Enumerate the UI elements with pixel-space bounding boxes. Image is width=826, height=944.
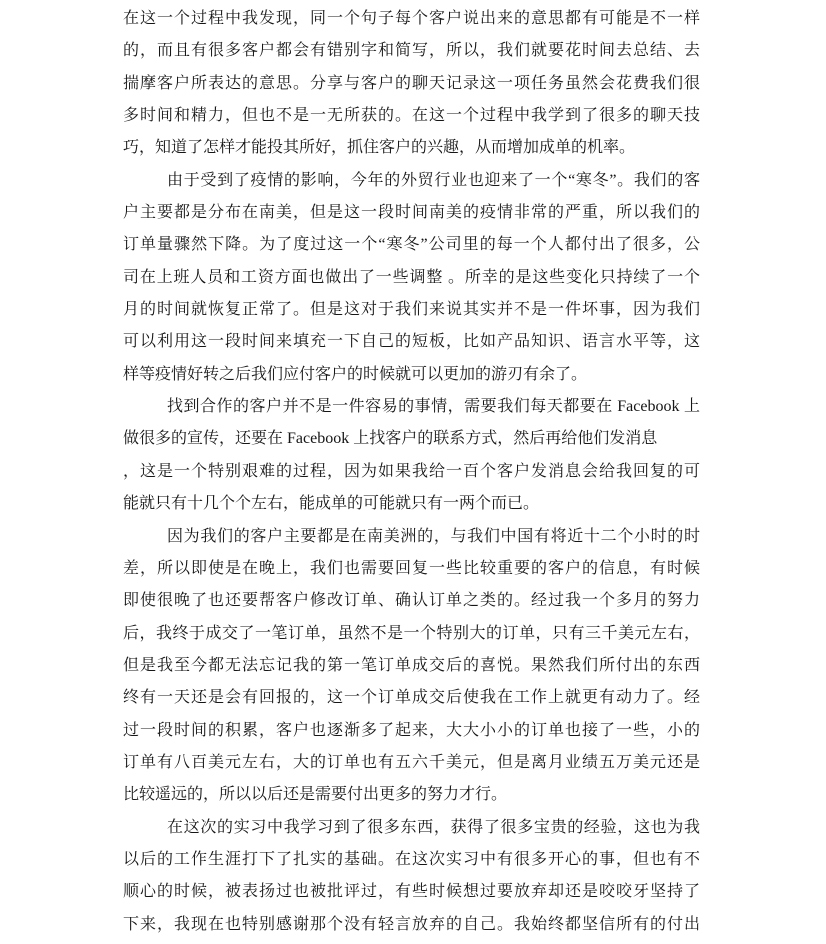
document-page: 在这一个过程中我发现，同一个句子每个客户说出来的意思都有可能是不一样 的，而且有… — [0, 0, 826, 944]
text-line: 由于受到了疫情的影响，今年的外贸行业也迎来了一个“寒冬”。我们的客 — [123, 165, 700, 197]
text-line: 订单量骤然下降。为了度过这一个“寒冬”公司里的每一个人都付出了很多，公 — [123, 229, 700, 261]
text-line: 过一段时间的积累，客户也逐渐多了起来，大大小小的订单也接了一些，小的 — [123, 715, 700, 747]
text-line: 样等疫情好转之后我们应付客户的时候就可以更加的游刃有余了。 — [123, 359, 700, 391]
text-line: 后，我终于成交了一笔订单，虽然不是一个特别大的订单，只有三千美元左右， — [123, 618, 700, 650]
text-line: 因为我们的客户主要都是在南美洲的，与我们中国有将近十二个小时的时 — [123, 521, 700, 553]
text-line: 做很多的宣传，还要在 Facebook 上找客户的联系方式，然后再给他们发消息 — [123, 423, 700, 455]
text-line: 多时间和精力，但也不是一无所获的。在这一个过程中我学到了很多的聊天技 — [123, 100, 700, 132]
text-line: 在这次的实习中我学习到了很多东西，获得了很多宝贵的经验，这也为我 — [123, 812, 700, 844]
text-line: 比较遥远的，所以以后还是需要付出更多的努力才行。 — [123, 779, 700, 811]
text-line: 的，而且有很多客户都会有错别字和简写，所以，我们就要花时间去总结、去 — [123, 35, 700, 67]
text-line: 下来，我现在也特别感谢那个没有轻言放弃的自己。我始终都坚信所有的付出 — [123, 909, 700, 941]
text-line: 顺心的时候，被表扬过也被批评过，有些时候想过要放弃却还是咬咬牙坚持了 — [123, 876, 700, 908]
essay-text-block: 在这一个过程中我发现，同一个句子每个客户说出来的意思都有可能是不一样 的，而且有… — [123, 3, 700, 941]
text-line: 能就只有十几个个左右，能成单的可能就只有一两个而已。 — [123, 488, 700, 520]
text-line: 司在上班人员和工资方面也做出了一些调整 。所幸的是这些变化只持续了一个 — [123, 262, 700, 294]
text-line: 户主要都是分布在南美，但是这一段时间南美的疫情非常的严重，所以我们的 — [123, 197, 700, 229]
text-line: ，这是一个特别艰难的过程，因为如果我给一百个客户发消息会给我回复的可 — [123, 456, 700, 488]
text-line: 差，所以即使是在晚上，我们也需要回复一些比较重要的客户的信息，有时候 — [123, 553, 700, 585]
text-line: 月的时间就恢复正常了。但是这对于我们来说其实并不是一件坏事，因为我们 — [123, 294, 700, 326]
text-line: 即使很晚了也还要帮客户修改订单、确认订单之类的。经过我一个多月的努力 — [123, 585, 700, 617]
text-line: 但是我至今都无法忘记我的第一笔订单成交后的喜悦。果然我们所付出的东西 — [123, 650, 700, 682]
text-line: 在这一个过程中我发现，同一个句子每个客户说出来的意思都有可能是不一样 — [123, 3, 700, 35]
text-line: 揣摩客户所表达的意思。分享与客户的聊天记录这一项任务虽然会花费我们很 — [123, 68, 700, 100]
text-line: 终有一天还是会有回报的，这一个订单成交后使我在工作上就更有动力了。经 — [123, 682, 700, 714]
text-line: 巧，知道了怎样才能投其所好，抓住客户的兴趣，从而增加成单的机率。 — [123, 132, 700, 164]
text-line: 找到合作的客户并不是一件容易的事情，需要我们每天都要在 Facebook 上 — [123, 391, 700, 423]
text-line: 可以利用这一段时间来填充一下自己的短板，比如产品知识、语言水平等，这 — [123, 326, 700, 358]
text-line: 订单有八百美元左右，大的订单也有五六千美元，但是离月业绩五万美元还是 — [123, 747, 700, 779]
text-line: 以后的工作生涯打下了扎实的基础。在这次实习中有很多开心的事，但也有不 — [123, 844, 700, 876]
